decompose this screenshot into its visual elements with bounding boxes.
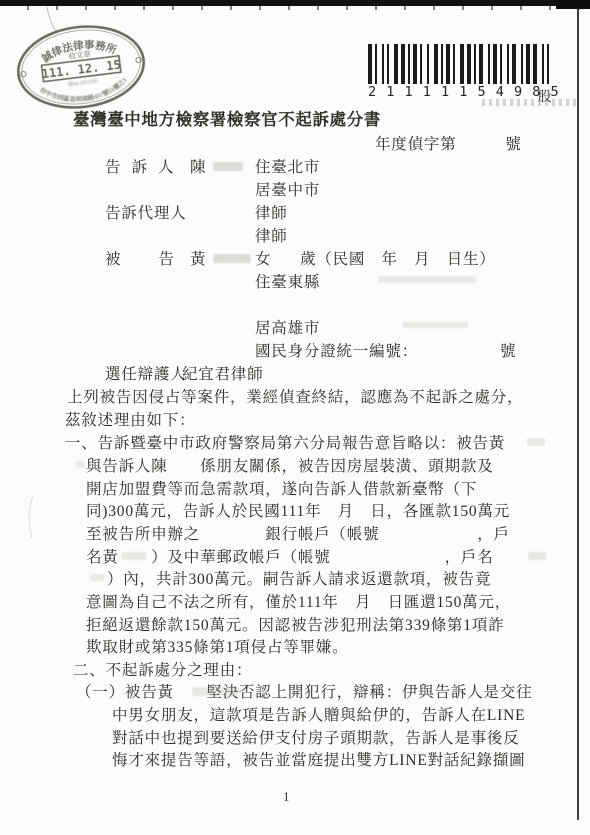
- defendant-residence: 住臺東縣: [255, 270, 320, 292]
- redaction-smudge: [378, 276, 476, 283]
- redaction-smudge: [528, 552, 546, 560]
- barcode-bar: [493, 44, 497, 84]
- defendant-name: 黃: [190, 247, 206, 269]
- barcode-bar: [474, 44, 476, 84]
- scan-ruler-ticks-artifact: [0, 6, 590, 10]
- barcode-bar: [446, 44, 450, 84]
- barcode-bar: [375, 44, 377, 84]
- barcode-bar: [479, 44, 483, 84]
- section2a-line: （一）被告黃 堅決否認上開犯行，辯稱：伊與告訴人是交往: [76, 680, 532, 702]
- scan-corner-artifact: [556, 0, 590, 9]
- barcode-bar: [467, 44, 471, 84]
- id-number-suffix: 號: [500, 339, 516, 361]
- barcode-bar: [441, 44, 443, 84]
- id-number-label: 國民身分證統一編號：: [255, 339, 418, 361]
- redaction-smudge: [90, 574, 104, 581]
- complainant-residence: 住臺北市: [255, 155, 320, 177]
- section1-line: ）內，共計300萬元。嗣告訴人請求返還款項，被告竟: [107, 567, 491, 589]
- section1-line: 名黃 ）及中華郵政帳戶（帳號 ，戶名: [86, 545, 494, 567]
- scan-right-edge-line-artifact: [577, 8, 579, 820]
- redaction-smudge: [452, 250, 458, 261]
- defendant-birth-line: 歲（民國 年 月 日生）: [300, 247, 496, 269]
- complainant-domicile: 居臺中市: [255, 178, 320, 200]
- section1-line: 開店加盟費等而急需款項，遂向告訴人借款新臺幣（下: [86, 477, 477, 499]
- redaction-smudge: [192, 687, 240, 696]
- intro-line-1: 上列被告因侵占等案件，業經偵查終結，認應為不起訴之處分，: [67, 385, 523, 407]
- barcode-bar: [460, 44, 464, 84]
- intro-line-2: 茲敘述理由如下：: [65, 408, 195, 430]
- document-title: 臺灣臺中地方檢察署檢察官不起訴處分書: [73, 106, 381, 130]
- barcode-bar: [387, 44, 389, 84]
- case-barcode: [368, 44, 554, 84]
- complainant-label: 告訴人: [105, 155, 185, 177]
- agent-label: 告訴代理人: [105, 201, 187, 223]
- redaction-smudge: [402, 322, 468, 328]
- barcode-bar: [401, 44, 405, 84]
- scan-dot-noise-artifact: [482, 99, 578, 106]
- barcode-bar: [453, 44, 455, 84]
- barcode-bar: [420, 44, 422, 84]
- barcode-bar: [368, 44, 372, 84]
- section2a-line: 對話中也提到要送給伊支付房子頭期款，告訴人是事後反: [112, 726, 520, 748]
- counsel-name: 紀宜君律師: [182, 362, 264, 384]
- agent-line1: 律師: [255, 201, 288, 223]
- barcode-unit-label: 股: [538, 85, 552, 105]
- redaction-smudge: [76, 461, 85, 468]
- barcode-bar: [382, 44, 384, 84]
- barcode-bar: [512, 44, 516, 84]
- defendant-gender: 女: [255, 247, 271, 269]
- counsel-label: 選任辯護人: [105, 362, 187, 384]
- law-office-received-stamp: 誠律法律事務所 收文章 111. 12. 15 電04-2053705 台中市西…: [9, 16, 152, 118]
- barcode-bar: [526, 44, 530, 84]
- page-number: 1: [283, 789, 290, 805]
- barcode-bar: [533, 44, 537, 84]
- section1-line: 拒絕返還餘款150萬元。因認被告涉犯刑法第339條第1項詐: [86, 613, 504, 635]
- section1-line: 一、告訴暨臺中市政府警察局第六分局報告意旨略以：被告黃: [65, 431, 505, 453]
- barcode-bar: [394, 44, 398, 84]
- barcode-bar: [542, 44, 544, 84]
- section2-heading: 二、不起訴處分之理由：: [73, 658, 252, 680]
- redaction-smudge: [122, 552, 146, 560]
- barcode-bar: [500, 44, 502, 84]
- redaction-smudge: [213, 254, 251, 263]
- barcode-bar: [427, 44, 429, 84]
- section1-line: 意圖為自己不法之所有，僅於111年 月 日匯還150萬元，: [86, 590, 511, 612]
- section1-line: 欺取財或第335條第1項侵占等罪嫌。: [86, 635, 348, 657]
- agent-line2: 律師: [255, 224, 288, 246]
- section2a-line: 悔才來提告等語，被告並當庭提出雙方LINE對話紀錄擷圖: [112, 748, 525, 770]
- section1-line: 與告訴人陳 係朋友關係，被告因房屋裝潢、頭期款及: [86, 454, 494, 476]
- section1-line: 同)300萬元，告訴人於民國111年 月 日，各匯款150萬元: [86, 499, 510, 521]
- redaction-smudge: [213, 162, 243, 171]
- barcode-bar: [434, 44, 438, 84]
- barcode-bar: [521, 44, 523, 84]
- barcode-bar: [507, 44, 509, 84]
- scanned-document-page: 誠律法律事務所 收文章 111. 12. 15 電04-2053705 台中市西…: [0, 0, 590, 835]
- defendant-domicile: 居高雄市: [255, 316, 320, 338]
- case-number-line: 年度偵字第 號: [375, 132, 522, 154]
- complainant-name: 陳: [190, 155, 206, 177]
- redaction-smudge: [527, 438, 545, 446]
- barcode-bar: [547, 44, 549, 84]
- barcode-digits: 2 1 1 1 1 1 5 4 9 8 5: [368, 84, 560, 100]
- section2a-line: 中男女朋友，這款項是告訴人贈與給伊的，告訴人在LINE: [112, 703, 525, 725]
- barcode-bar: [408, 44, 410, 84]
- barcode-bar: [488, 44, 490, 84]
- barcode-bar: [413, 44, 417, 84]
- section1-line: 至被告所申辦之 銀行帳戶（帳號 ，戶: [86, 522, 510, 544]
